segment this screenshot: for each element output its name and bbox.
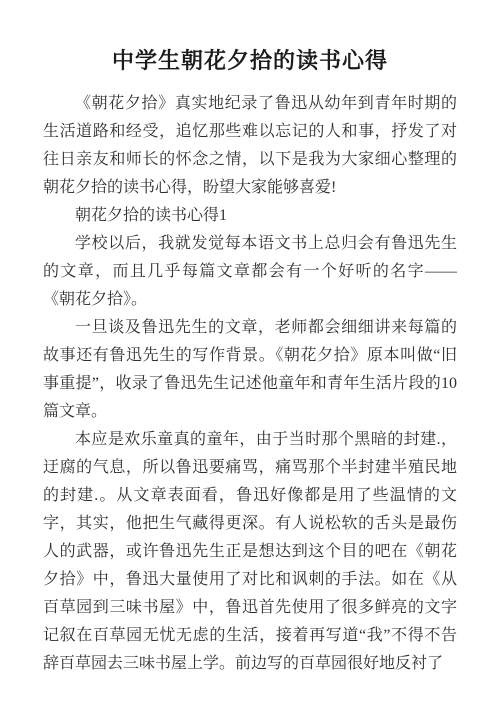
paragraph-intro: 《朝花夕拾》真实地纪录了鲁迅从幼年到青年时期的生活道路和经受，追忆那些难以忘记的… [43, 90, 457, 202]
paragraph-school: 学校以后，我就发觉每本语文书上总归会有鲁迅先生的文章，而且几乎每篇文章都会有一个… [43, 230, 457, 314]
paragraph-teacher: 一旦谈及鲁迅先生的文章，老师都会细细讲来每篇的故事还有鲁迅先生的写作背景。《朝花… [43, 314, 457, 426]
document-body: 《朝花夕拾》真实地纪录了鲁迅从幼年到青年时期的生活道路和经受，追忆那些难以忘记的… [43, 90, 457, 678]
document-page: 中学生朝花夕拾的读书心得 《朝花夕拾》真实地纪录了鲁迅从幼年到青年时期的生活道路… [0, 0, 500, 707]
section-subheading: 朝花夕拾的读书心得1 [43, 202, 457, 230]
document-title: 中学生朝花夕拾的读书心得 [43, 46, 457, 76]
paragraph-childhood: 本应是欢乐童真的童年，由于当时那个黑暗的封建.，迂腐的气息，所以鲁迅要痛骂，痛骂… [43, 426, 457, 678]
